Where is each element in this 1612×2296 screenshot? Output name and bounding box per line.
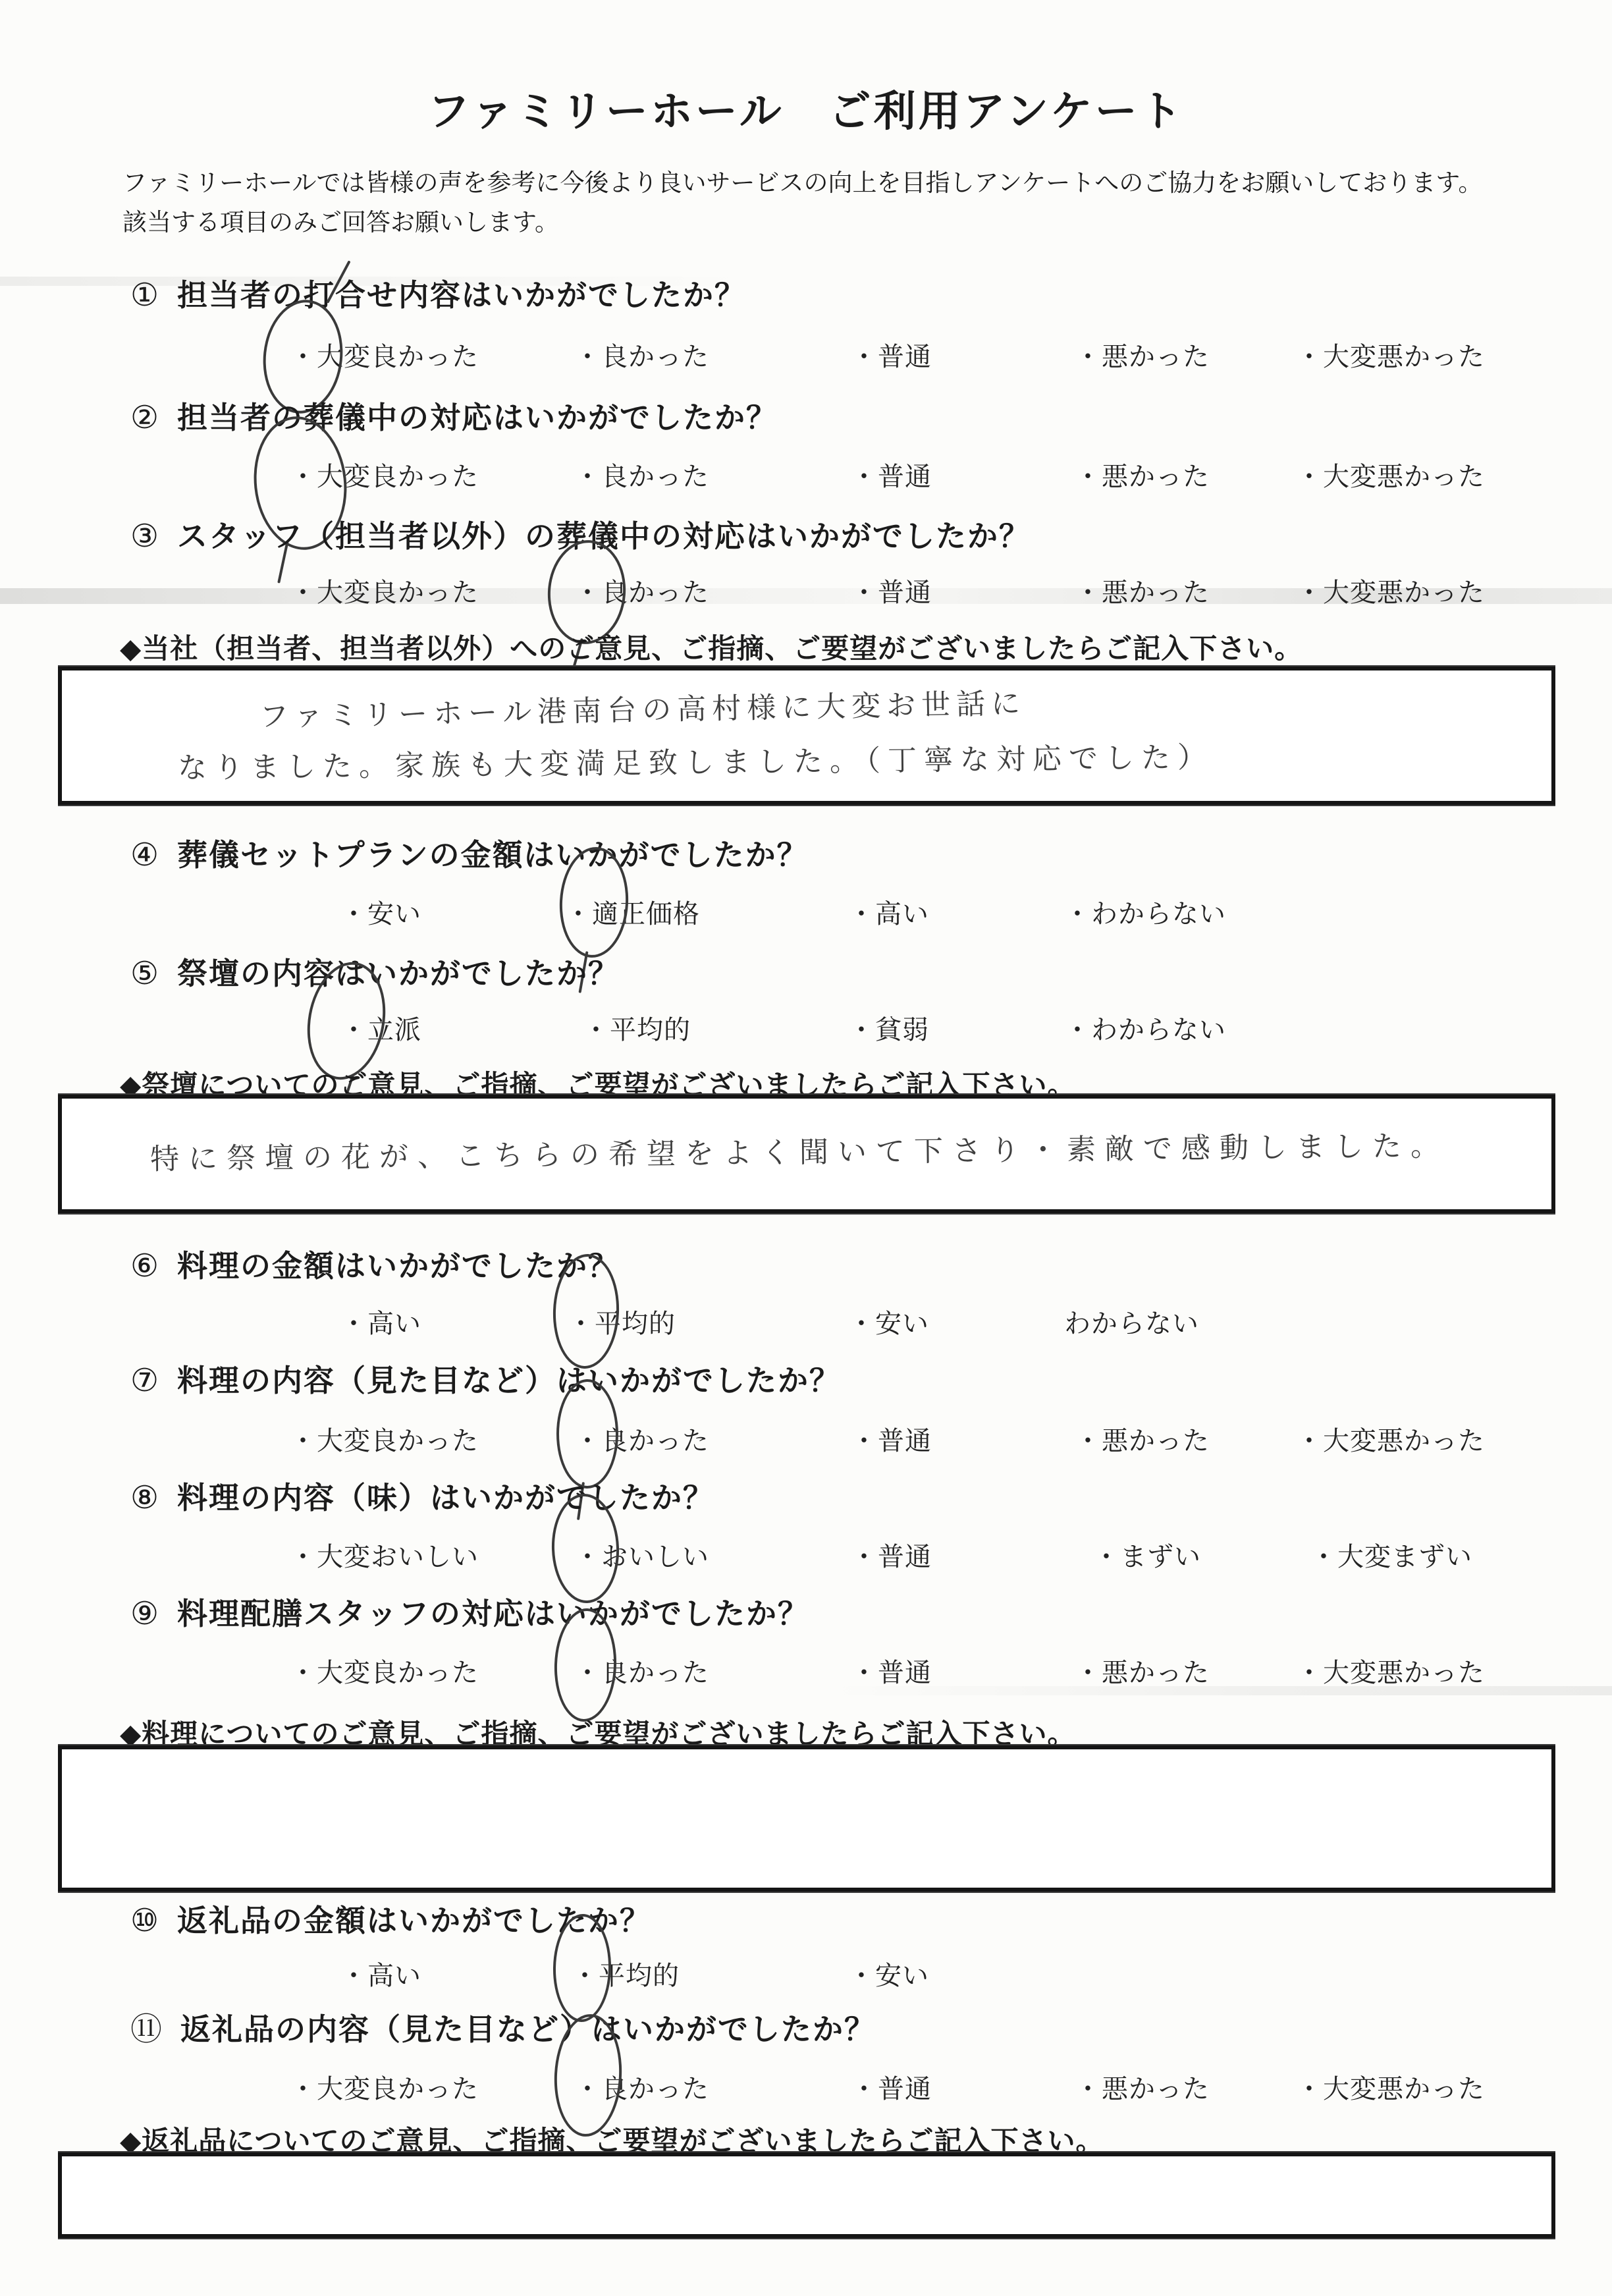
option-label: ・良かった xyxy=(574,336,709,373)
option-label: ・悪かった xyxy=(1075,572,1210,609)
question-5-text: 祭壇の内容はいかがでしたか？ xyxy=(177,956,620,991)
option-label: ・悪かった xyxy=(1075,1652,1210,1689)
option-label: ・平均的 xyxy=(583,1009,691,1047)
option-label: ・悪かった xyxy=(1075,456,1210,493)
option-label: ・大変悪かった xyxy=(1296,1652,1485,1689)
option-label: ・大変悪かった xyxy=(1296,1420,1485,1458)
option-label: ・安い xyxy=(848,1303,929,1340)
question-5-number: ⑤ xyxy=(130,955,160,992)
question-1-text: 担当者の打合せ内容はいかがでしたか？ xyxy=(177,277,746,313)
scanned-survey-form: ファミリーホール ご利用アンケート ファミリーホールでは皆様の声を参考に今後より… xyxy=(0,0,1612,2296)
option-label: ・まずい xyxy=(1093,1536,1201,1573)
question-8-options: ・大変おいしい ・おいしい ・普通 ・まずい ・大変まずい xyxy=(0,1536,1612,1578)
option-label: ・安い xyxy=(340,893,421,931)
intro-text: ファミリーホールでは皆様の声を参考に今後より良いサービスの向上を目指しアンケート… xyxy=(122,163,1571,242)
question-8-text: 料理の内容（味）はいかがでしたか？ xyxy=(177,1480,714,1516)
comment-box-altar: 特に祭壇の花が、こちらの希望をよく聞いて下さり・素敵で感動しました。 xyxy=(58,1095,1555,1213)
option-label: ・貧弱 xyxy=(848,1009,929,1047)
question-11-text: 返礼品の内容（見た目など）はいかがでしたか？ xyxy=(180,2011,876,2047)
option-label: わからない xyxy=(1064,1303,1199,1340)
question-7-text: 料理の内容（見た目など）はいかがでしたか？ xyxy=(177,1363,841,1398)
question-7: ⑦料理の内容（見た目など）はいかがでしたか？ xyxy=(130,1357,1579,1400)
question-10-options: ・高い ・平均的 ・安い xyxy=(0,1955,1612,1997)
option-label: ・普通 xyxy=(851,456,932,493)
option-label: ・普通 xyxy=(851,572,932,609)
option-label: ・良かった xyxy=(574,456,709,493)
question-8: ⑧料理の内容（味）はいかがでしたか？ xyxy=(130,1474,1579,1517)
option-label: ・大変良かった xyxy=(290,2068,479,2106)
option-label: ・わからない xyxy=(1064,1009,1226,1047)
question-2-number: ② xyxy=(130,399,160,436)
question-9: ⑨料理配膳スタッフの対応はいかがでしたか？ xyxy=(130,1590,1579,1633)
option-label: ・大変悪かった xyxy=(1296,572,1485,609)
option-label: ・普通 xyxy=(851,336,932,373)
comment-box-food-empty xyxy=(58,1745,1555,1892)
question-5-options: ・立派 ・平均的 ・貧弱 ・わからない xyxy=(0,1009,1612,1051)
option-label: ・わからない xyxy=(1064,893,1226,931)
question-8-number: ⑧ xyxy=(130,1479,160,1516)
option-label: ・大変悪かった xyxy=(1296,2068,1485,2106)
intro-line-2: 該当する項目のみご回答お願いします。 xyxy=(122,203,1571,242)
question-7-options: ・大変良かった ・良かった ・普通 ・悪かった ・大変悪かった xyxy=(0,1420,1612,1462)
question-1: ①担当者の打合せ内容はいかがでしたか？ xyxy=(130,271,1579,315)
question-6-text: 料理の金額はいかがでしたか？ xyxy=(177,1248,620,1284)
option-label: ・悪かった xyxy=(1075,2068,1210,2106)
question-4-number: ④ xyxy=(130,836,160,873)
option-label: ・大変おいしい xyxy=(290,1536,479,1573)
question-3: ③スタッフ（担当者以外）の葬儀中の対応はいかがでしたか？ xyxy=(130,512,1579,556)
question-3-number: ③ xyxy=(130,518,160,555)
option-label: ・安い xyxy=(848,1955,929,1992)
handwritten-circle-mark xyxy=(556,1379,618,1489)
option-label: ・大変良かった xyxy=(290,572,479,609)
question-11: ⑪返礼品の内容（見た目など）はいかがでしたか？ xyxy=(130,2004,1579,2049)
question-1-options: ・大変良かった ・良かった ・普通 ・悪かった ・大変悪かった xyxy=(0,336,1612,378)
option-label: ・大変悪かった xyxy=(1296,336,1485,373)
comment-box-gifts-empty xyxy=(58,2152,1555,2238)
question-1-number: ① xyxy=(130,277,160,314)
intro-line-1: ファミリーホールでは皆様の声を参考に今後より良いサービスの向上を目指しアンケート… xyxy=(122,163,1571,203)
comment-box-company: ファミリーホール港南台の高村様に大変お世話に なりました。家族も大変満足致しまし… xyxy=(58,667,1555,805)
handwritten-comment-line: ファミリーホール港南台の高村様に大変お世話に xyxy=(259,680,1026,735)
form-title: ファミリーホール ご利用アンケート xyxy=(0,78,1612,138)
question-6: ⑥料理の金額はいかがでしたか？ xyxy=(130,1242,1579,1286)
option-label: ・普通 xyxy=(851,2068,932,2106)
question-10-number: ⑩ xyxy=(130,1902,160,1939)
option-label: ・普通 xyxy=(851,1652,932,1689)
option-label: ・大変良かった xyxy=(290,1420,479,1458)
question-9-number: ⑨ xyxy=(130,1595,160,1632)
option-label: ・高い xyxy=(340,1955,421,1992)
option-label: ・悪かった xyxy=(1075,336,1210,373)
question-4-text: 葬儀セットプランの金額はいかがでしたか？ xyxy=(177,837,809,873)
question-2: ②担当者の葬儀中の対応はいかがでしたか？ xyxy=(130,394,1579,437)
question-6-number: ⑥ xyxy=(130,1247,160,1284)
question-4: ④葬儀セットプランの金額はいかがでしたか？ xyxy=(130,831,1579,875)
question-7-number: ⑦ xyxy=(130,1362,160,1399)
question-2-text: 担当者の葬儀中の対応はいかがでしたか？ xyxy=(177,400,778,435)
option-label: ・大変悪かった xyxy=(1296,456,1485,493)
section-company-header: ◆当社（担当者、担当者以外）へのご意見、ご指摘、ご要望がございましたらご記入下さ… xyxy=(120,627,1595,667)
option-label: ・普通 xyxy=(851,1420,932,1458)
question-4-options: ・安い ・適正価格 ・高い ・わからない xyxy=(0,893,1612,935)
option-label: ・悪かった xyxy=(1075,1420,1210,1458)
option-label: ・高い xyxy=(340,1303,421,1340)
option-label: ・大変良かった xyxy=(290,1652,479,1689)
option-label: ・大変まずい xyxy=(1310,1536,1472,1573)
question-11-number: ⑪ xyxy=(130,2011,163,2048)
question-9-options: ・大変良かった ・良かった ・普通 ・悪かった ・大変悪かった xyxy=(0,1652,1612,1694)
question-3-options: ・大変良かった ・良かった ・普通 ・悪かった ・大変悪かった xyxy=(0,572,1612,614)
question-10: ⑩返礼品の金額はいかがでしたか？ xyxy=(130,1897,1579,1940)
question-2-options: ・大変良かった ・良かった ・普通 ・悪かった ・大変悪かった xyxy=(0,456,1612,498)
option-label: ・普通 xyxy=(851,1536,932,1573)
question-11-options: ・大変良かった ・良かった ・普通 ・悪かった ・大変悪かった xyxy=(0,2068,1612,2110)
handwritten-comment-line: 特に祭壇の花が、こちらの希望をよく聞いて下さり・素敵で感動しました。 xyxy=(150,1122,1449,1178)
handwritten-comment-line: なりました。家族も大変満足致しました。（丁寧な対応でした） xyxy=(178,734,1214,786)
option-label: ・高い xyxy=(848,893,929,931)
question-6-options: ・高い ・平均的 ・安い わからない xyxy=(0,1303,1612,1345)
question-9-text: 料理配膳スタッフの対応はいかがでしたか？ xyxy=(177,1596,809,1631)
